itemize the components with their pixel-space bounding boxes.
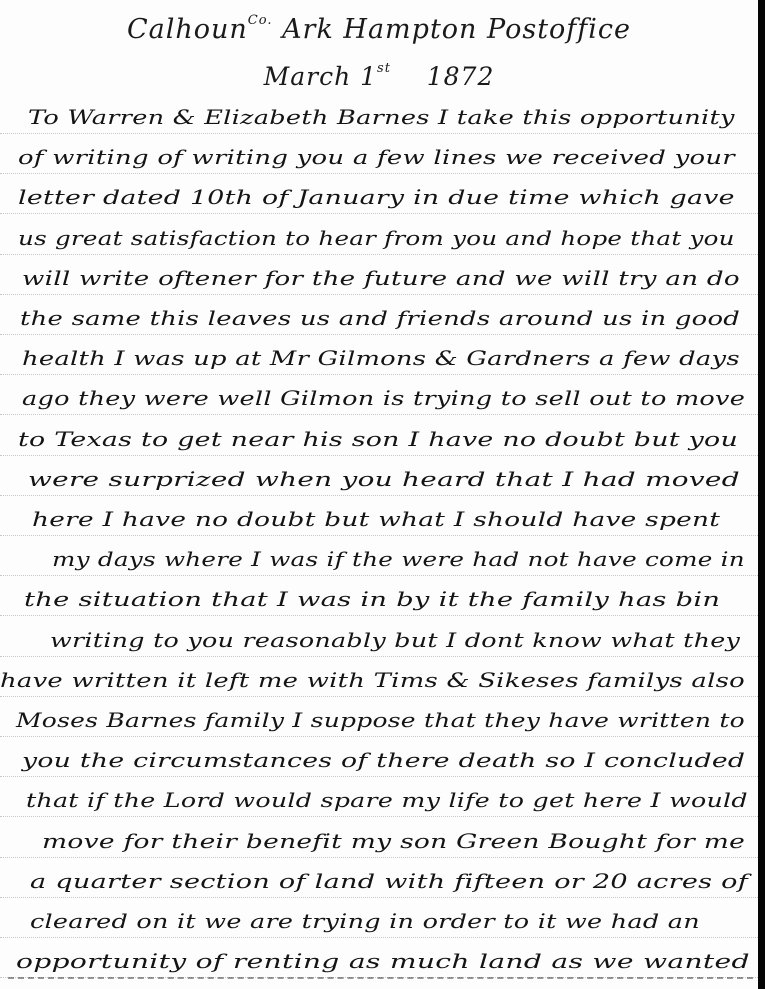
letter-line: Moses Barnes family I suppose that they … (16, 709, 745, 732)
letter-line: To Warren & Elizabeth Barnes I take this… (28, 106, 735, 129)
letter-line: move for their benefit my son Green Boug… (42, 830, 745, 853)
letter-line: you the circumstances of there death so … (22, 749, 745, 772)
letter-line: here I have no doubt but what I should h… (32, 508, 720, 531)
date-ordinal-superscript: st (377, 61, 391, 76)
ruled-line (0, 656, 758, 657)
ruled-line (0, 455, 758, 456)
letter-line: the same this leaves us and friends arou… (20, 307, 740, 330)
date-month-day: March 1 (264, 62, 377, 91)
ruled-line (0, 414, 758, 415)
place-rest: Ark Hampton Postoffice (282, 14, 631, 45)
letter-line: us great satisfaction to hear from you a… (18, 227, 735, 250)
letter-line: were surprized when you heard that I had… (28, 468, 740, 491)
letter-line: cleared on it we are trying in order to … (30, 910, 700, 933)
ruled-line (0, 816, 758, 817)
ruled-line (0, 615, 758, 616)
ruled-line (0, 897, 758, 898)
ruled-line (0, 776, 758, 777)
ruled-line (0, 133, 758, 134)
ruled-line (0, 736, 758, 737)
letter-line: the situation that I was in by it the fa… (24, 588, 720, 611)
letter-date: March 1st 1872 (0, 62, 758, 91)
letter-line: health I was up at Mr Gilmons & Gardners… (22, 347, 740, 370)
ruled-line (0, 213, 758, 214)
ruled-line (0, 857, 758, 858)
letter-line: ago they were well Gilmon is trying to s… (22, 387, 745, 410)
letter-page: CalhounCo. Ark Hampton Postoffice March … (0, 0, 758, 989)
ruled-line (0, 254, 758, 255)
date-year: 1872 (427, 62, 495, 91)
letter-line: have written it left me with Tims & Sike… (0, 669, 745, 692)
ruled-line (0, 535, 758, 536)
ruled-line (0, 334, 758, 335)
letter-line: will write oftener for the future and we… (22, 267, 740, 290)
scan-edge-border (758, 0, 765, 989)
letter-line: letter dated 10th of January in due time… (18, 186, 735, 209)
letter-line: that if the Lord would spare my life to … (26, 789, 748, 812)
letter-line: writing to you reasonably but I dont kno… (50, 629, 740, 652)
ruled-line (0, 937, 758, 938)
place-county-superscript: Co. (248, 13, 273, 28)
ruled-line (0, 495, 758, 496)
letter-line: to Texas to get near his son I have no d… (18, 428, 738, 451)
letter-line: of writing of writing you a few lines we… (18, 146, 735, 169)
ruled-line (0, 696, 758, 697)
ruled-line (0, 374, 758, 375)
letter-line: opportunity of renting as much land as w… (16, 950, 750, 973)
ruled-line (0, 575, 758, 576)
ruled-line (0, 173, 758, 174)
letter-line: my days where I was if the were had not … (52, 548, 745, 571)
letter-line: a quarter section of land with fifteen o… (30, 870, 748, 893)
place-county: Calhoun (127, 14, 248, 45)
letter-place-heading: CalhounCo. Ark Hampton Postoffice (0, 14, 758, 45)
ruled-line (0, 294, 758, 295)
scan-bottom-artifact (8, 977, 753, 979)
